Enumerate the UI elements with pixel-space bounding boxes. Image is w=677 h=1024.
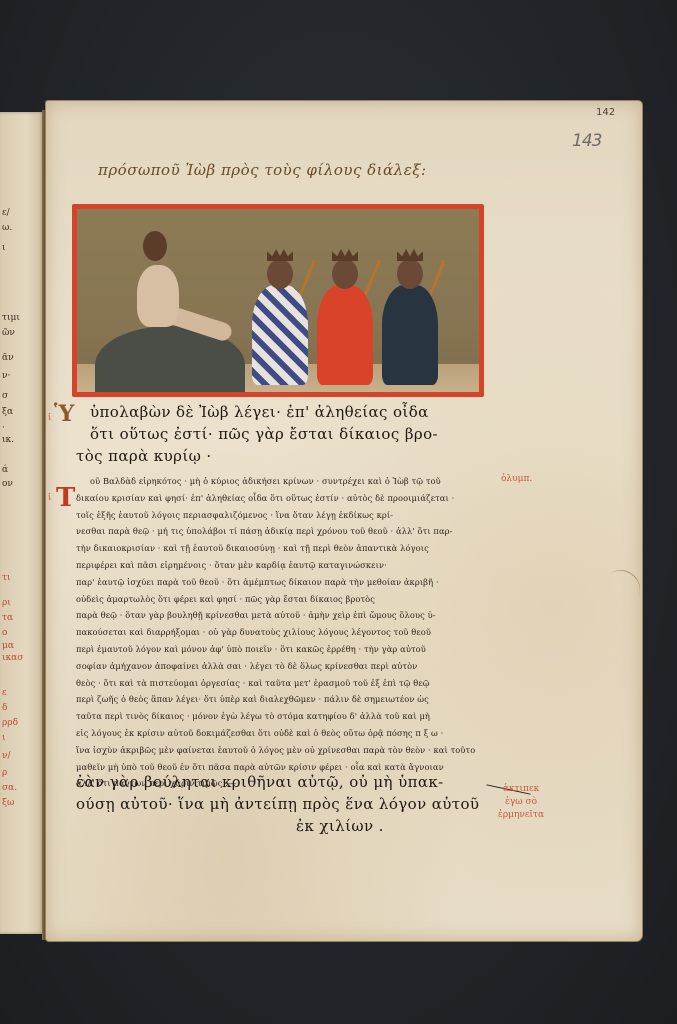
lemma-line: ὑπολαβὼν δὲ Ἰὼβ λέγει· ἐπ' ἀληθείας οἶδα — [76, 401, 536, 423]
commentary-line: παρὰ θεῷ · ὅταν γὰρ βουληθῇ κρίνεσθαι με… — [76, 607, 506, 624]
left-page-text-fragment: ικασ — [2, 652, 23, 664]
lemma-line: ὅτι οὕτως ἐστί· πῶς γὰρ ἔσται δίκαιος βρ… — [76, 423, 536, 445]
left-page-text-fragment: ά — [2, 464, 8, 476]
commentary-line: περὶ ἐμαυτοῦ λόγον καὶ μόνον ἀφ' ὑπὸ ποι… — [76, 641, 506, 658]
left-page-text-fragment: ρ — [2, 767, 7, 779]
king-figure-blue — [252, 247, 308, 377]
left-page-text-fragment: τα — [2, 612, 13, 624]
left-page-text-fragment: σα. — [2, 782, 17, 794]
left-page-text-fragment: τι — [2, 572, 11, 584]
commentary-line: παρ' ἑαυτῷ ἰσχύει παρὰ τοῦ θεοῦ · ὅτι ἀμ… — [76, 574, 506, 591]
left-page-text-fragment: ι — [2, 242, 6, 254]
lemma-text-1: ὑπολαβὼν δὲ Ἰὼβ λέγει· ἐπ' ἀληθείας οἶδα… — [76, 401, 536, 467]
commentary-line: τὴν δικαιοκρισίαν · καὶ τῇ ἑαυτοῦ δικαιο… — [76, 540, 506, 557]
commentary-line: θεὸς · ὅτι καὶ τὰ πιστεύομαι ὀργεσίας · … — [76, 675, 506, 692]
commentary-line: νεσθαι παρὰ θεῷ · μή τις ὑπολάβοι τί πάσ… — [76, 523, 506, 540]
commentary-line: οῦ Βαλδὰδ εἰρηκότος · μὴ ὁ κύριος ἀδικήσ… — [76, 473, 506, 490]
job-figure-head — [143, 231, 167, 261]
page-crease — [601, 564, 646, 608]
left-page-text-fragment: ρι — [2, 597, 11, 609]
left-page-text-fragment: τιμι — [2, 312, 20, 324]
commentary-line: ταῦτα περὶ τινὸς δίκαιος · μόνον ἐγὼ λέγ… — [76, 708, 506, 725]
manuscript-page: 142 143 πρόσωποῦ Ἰὼβ πρὸς τοὺς φίλους δι… — [46, 101, 642, 941]
page-heading: πρόσωποῦ Ἰὼβ πρὸς τοὺς φίλους διάλεξ: — [98, 161, 427, 179]
old-folio-number: 142 — [596, 107, 615, 118]
left-page-text-fragment: μα — [2, 640, 14, 652]
commentary-initial: Τ — [56, 483, 75, 513]
left-page-text-fragment: ω. — [2, 222, 12, 234]
miniature-job-and-friends — [72, 204, 484, 397]
commentary-line: σοφίαν ἀμήχανον ἀποφαίνει ἀλλὰ σαι · λέγ… — [76, 658, 506, 675]
lemma-sigla: ἰ — [48, 413, 51, 422]
crown-icon — [267, 249, 293, 261]
commentary-line: πακούσεται καὶ διαρρήξομαι · οὐ γὰρ δυνα… — [76, 624, 506, 641]
commentary-sigla: ἰ — [48, 493, 51, 502]
commentary-line: περὶ ζωῆς ὁ θεὸς ἅπαν λέγει· ὅτι ὑπὲρ κα… — [76, 691, 506, 708]
job-figure — [137, 265, 179, 327]
left-page-fragment: ε/ω.ιτιμιῶνᾶνν·σξα·ικ.άοντιριταομαικασεδ… — [0, 112, 44, 934]
left-page-text-fragment: ν/ — [2, 750, 11, 762]
folio-number: 143 — [572, 131, 601, 151]
commentary-line: οὐδεὶς ἁμαρτωλὸς ὅτι φέρει καὶ φησί · πῶ… — [76, 591, 506, 608]
lemma-initial: Ὑ — [54, 401, 74, 427]
king-figure-red — [317, 247, 373, 377]
left-page-text-fragment: ι — [2, 732, 6, 744]
left-page-text-fragment: ε/ — [2, 207, 10, 219]
lemma-line: ἐὰν γὰρ βούληται κριθῆναι αὐτῷ, οὐ μὴ ὑπ… — [76, 771, 536, 793]
commentary-line: δικαίου κρισίαν καὶ φησί· ἐπ' ἀληθείας ο… — [76, 490, 506, 507]
left-page-text-fragment: ε — [2, 687, 7, 699]
commentary-line: τοῖς ἑξῆς ἑαυτοῦ λόγοις περιασφαλιζόμενο… — [76, 507, 506, 524]
lemma-line: ἐκ χιλίων . — [76, 815, 536, 837]
lemma-line: τὸς παρὰ κυρίῳ · — [76, 445, 536, 467]
commentary-line: περιφέρει καὶ πᾶσι εἰρημένοις · ὅταν μὲν… — [76, 557, 506, 574]
left-page-text-fragment: ο — [2, 627, 7, 639]
left-page-text-fragment: ικ. — [2, 434, 14, 446]
left-page-text-fragment: ρρδ — [2, 717, 18, 729]
commentary-line: εἰς λόγους ἐκ κρίσιν αὐτοῦ δοκιμάζεσθαι … — [76, 725, 506, 742]
left-page-text-fragment: · — [2, 422, 5, 434]
left-page-text-fragment: ᾶν — [2, 352, 14, 364]
left-page-text-fragment: ξα — [2, 406, 13, 418]
crown-icon — [332, 249, 358, 261]
left-page-text-fragment: ξω — [2, 797, 14, 809]
lemma-line: ούσῃ αὐτοῦ· ἵνα μὴ ἀντείπῃ πρὸς ἕνα λόγο… — [76, 793, 536, 815]
king-figure-dark — [382, 247, 438, 377]
left-page-text-fragment: ον — [2, 478, 13, 490]
left-page-text-fragment: δ — [2, 702, 7, 714]
commentary-line: ἵνα ἰσχὺν ἀκριβῶς μὲν φαίνεται ἑαυτοῦ ὁ … — [76, 742, 506, 759]
left-page-text-fragment: ῶν — [2, 327, 15, 339]
commentary-text: οῦ Βαλδὰδ εἰρηκότος · μὴ ὁ κύριος ἀδικήσ… — [76, 473, 506, 792]
marginal-note-red: ἀκτιπεκ ἐγω σὸ ἐρμηνεῖτα — [498, 783, 544, 822]
left-page-text-fragment: ν· — [2, 370, 10, 382]
crown-icon — [397, 249, 423, 261]
lemma-text-2: ἐὰν γὰρ βούληται κριθῆναι αὐτῷ, οὐ μὴ ὑπ… — [76, 771, 536, 837]
left-page-text-fragment: σ — [2, 390, 8, 402]
